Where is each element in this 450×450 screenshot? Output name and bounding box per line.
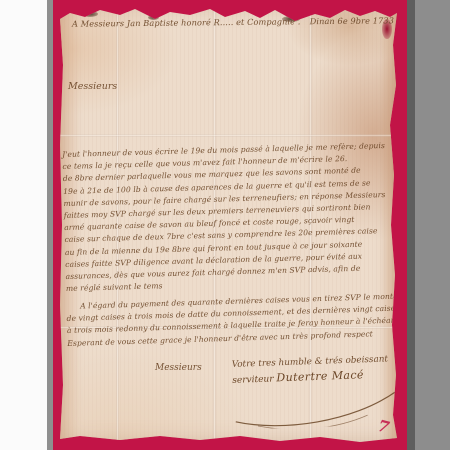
closing-salutation: Messieurs: [155, 363, 202, 373]
postscript-paragraph: A l'égard du payement des quarante derni…: [66, 291, 397, 350]
paper-fold-crease: [60, 134, 397, 137]
letter-photo: A Messieurs Jan Baptiste honoré R..... e…: [0, 0, 450, 450]
backdrop-right: [415, 0, 450, 450]
aged-letter-paper: A Messieurs Jan Baptiste honoré R..... e…: [60, 5, 397, 443]
body-paragraph: J'eut l'honneur de vous écrire le 19e du…: [62, 140, 397, 296]
backdrop-right-dark: [407, 0, 415, 450]
address-line: A Messieurs Jan Baptiste honoré R..... e…: [72, 15, 394, 28]
backdrop-left: [0, 0, 47, 450]
salutation: Messieurs: [68, 81, 117, 92]
signature-block: Votre tres humble & trés obeissant servi…: [232, 354, 397, 386]
address-text: A Messieurs Jan Baptiste honoré R..... e…: [72, 16, 301, 28]
dateline: Dinan 6e 9bre 1733: [310, 15, 394, 26]
signature-flourish: [226, 374, 397, 430]
